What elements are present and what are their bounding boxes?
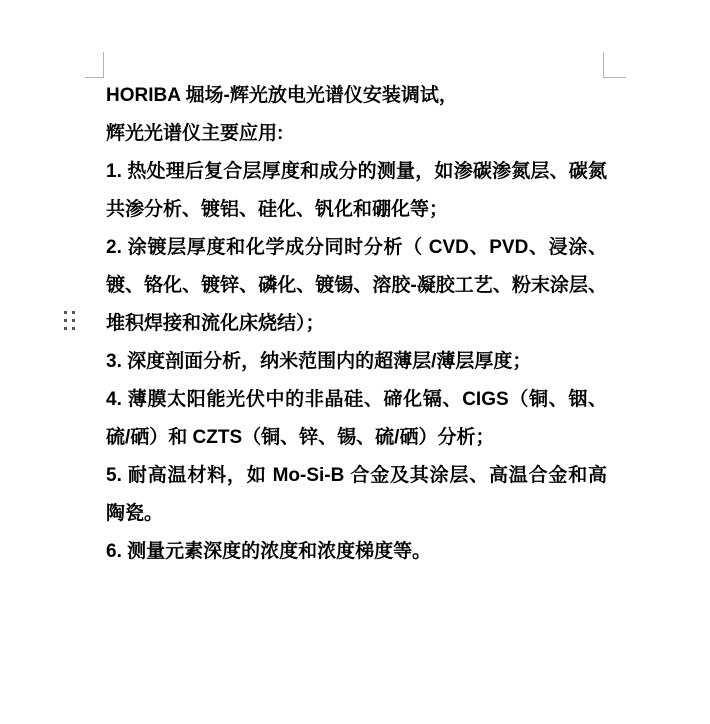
text-line-item4-b: 硫/硒）和 CZTS（铜、锌、锡、硫/硒）分析； [106, 419, 607, 457]
text-line-item2-a: 2. 涂镀层厚度和化学成分同时分析（ CVD、PVD、浸涂、电 [106, 229, 607, 267]
text-line-item1-b: 共渗分析、镀铝、硅化、钒化和硼化等； [106, 191, 607, 229]
document-page: HORIBA 堀场-辉光放电光谱仪安装调试， 辉光光谱仪主要应用: 1. 热处理… [0, 0, 710, 724]
paragraph-drag-handle-icon[interactable] [64, 311, 75, 330]
drag-handle-dot [72, 319, 75, 322]
text-line-item4-a: 4. 薄膜太阳能光伏中的非晶硅、碲化镉、CIGS（铜、铟、镓、 [106, 381, 607, 419]
text-line-item3: 3. 深度剖面分析，纳米范围内的超薄层/薄层厚度； [106, 343, 607, 381]
text-boundary-crop-mark-top-right-icon [603, 52, 626, 78]
drag-handle-dot [72, 327, 75, 330]
document-text-area[interactable]: HORIBA 堀场-辉光放电光谱仪安装调试， 辉光光谱仪主要应用: 1. 热处理… [106, 77, 607, 571]
text-line-item1-a: 1. 热处理后复合层厚度和成分的测量，如渗碳渗氮层、碳氮 [106, 153, 607, 191]
text-line-item6: 6. 测量元素深度的浓度和浓度梯度等。 [106, 533, 607, 571]
drag-handle-dot [64, 327, 67, 330]
drag-handle-dot [64, 319, 67, 322]
drag-handle-dot [64, 311, 67, 314]
text-line-item2-b: 镀、铬化、镀锌、磷化、镀锡、溶胶-凝胶工艺、粉末涂层、 [106, 267, 607, 305]
text-line-title: HORIBA 堀场-辉光放电光谱仪安装调试， [106, 77, 607, 115]
text-line-item5-b: 陶瓷。 [106, 495, 607, 533]
drag-handle-dot [72, 311, 75, 314]
text-line-item2-c: 堆积焊接和流化床烧结）； [106, 305, 607, 343]
text-line-subtitle: 辉光光谱仪主要应用: [106, 115, 607, 153]
text-line-item5-a: 5. 耐高温材料，如 Mo-Si-B 合金及其涂层、高温合金和高温 [106, 457, 607, 495]
text-boundary-crop-mark-top-left-icon [85, 52, 104, 78]
